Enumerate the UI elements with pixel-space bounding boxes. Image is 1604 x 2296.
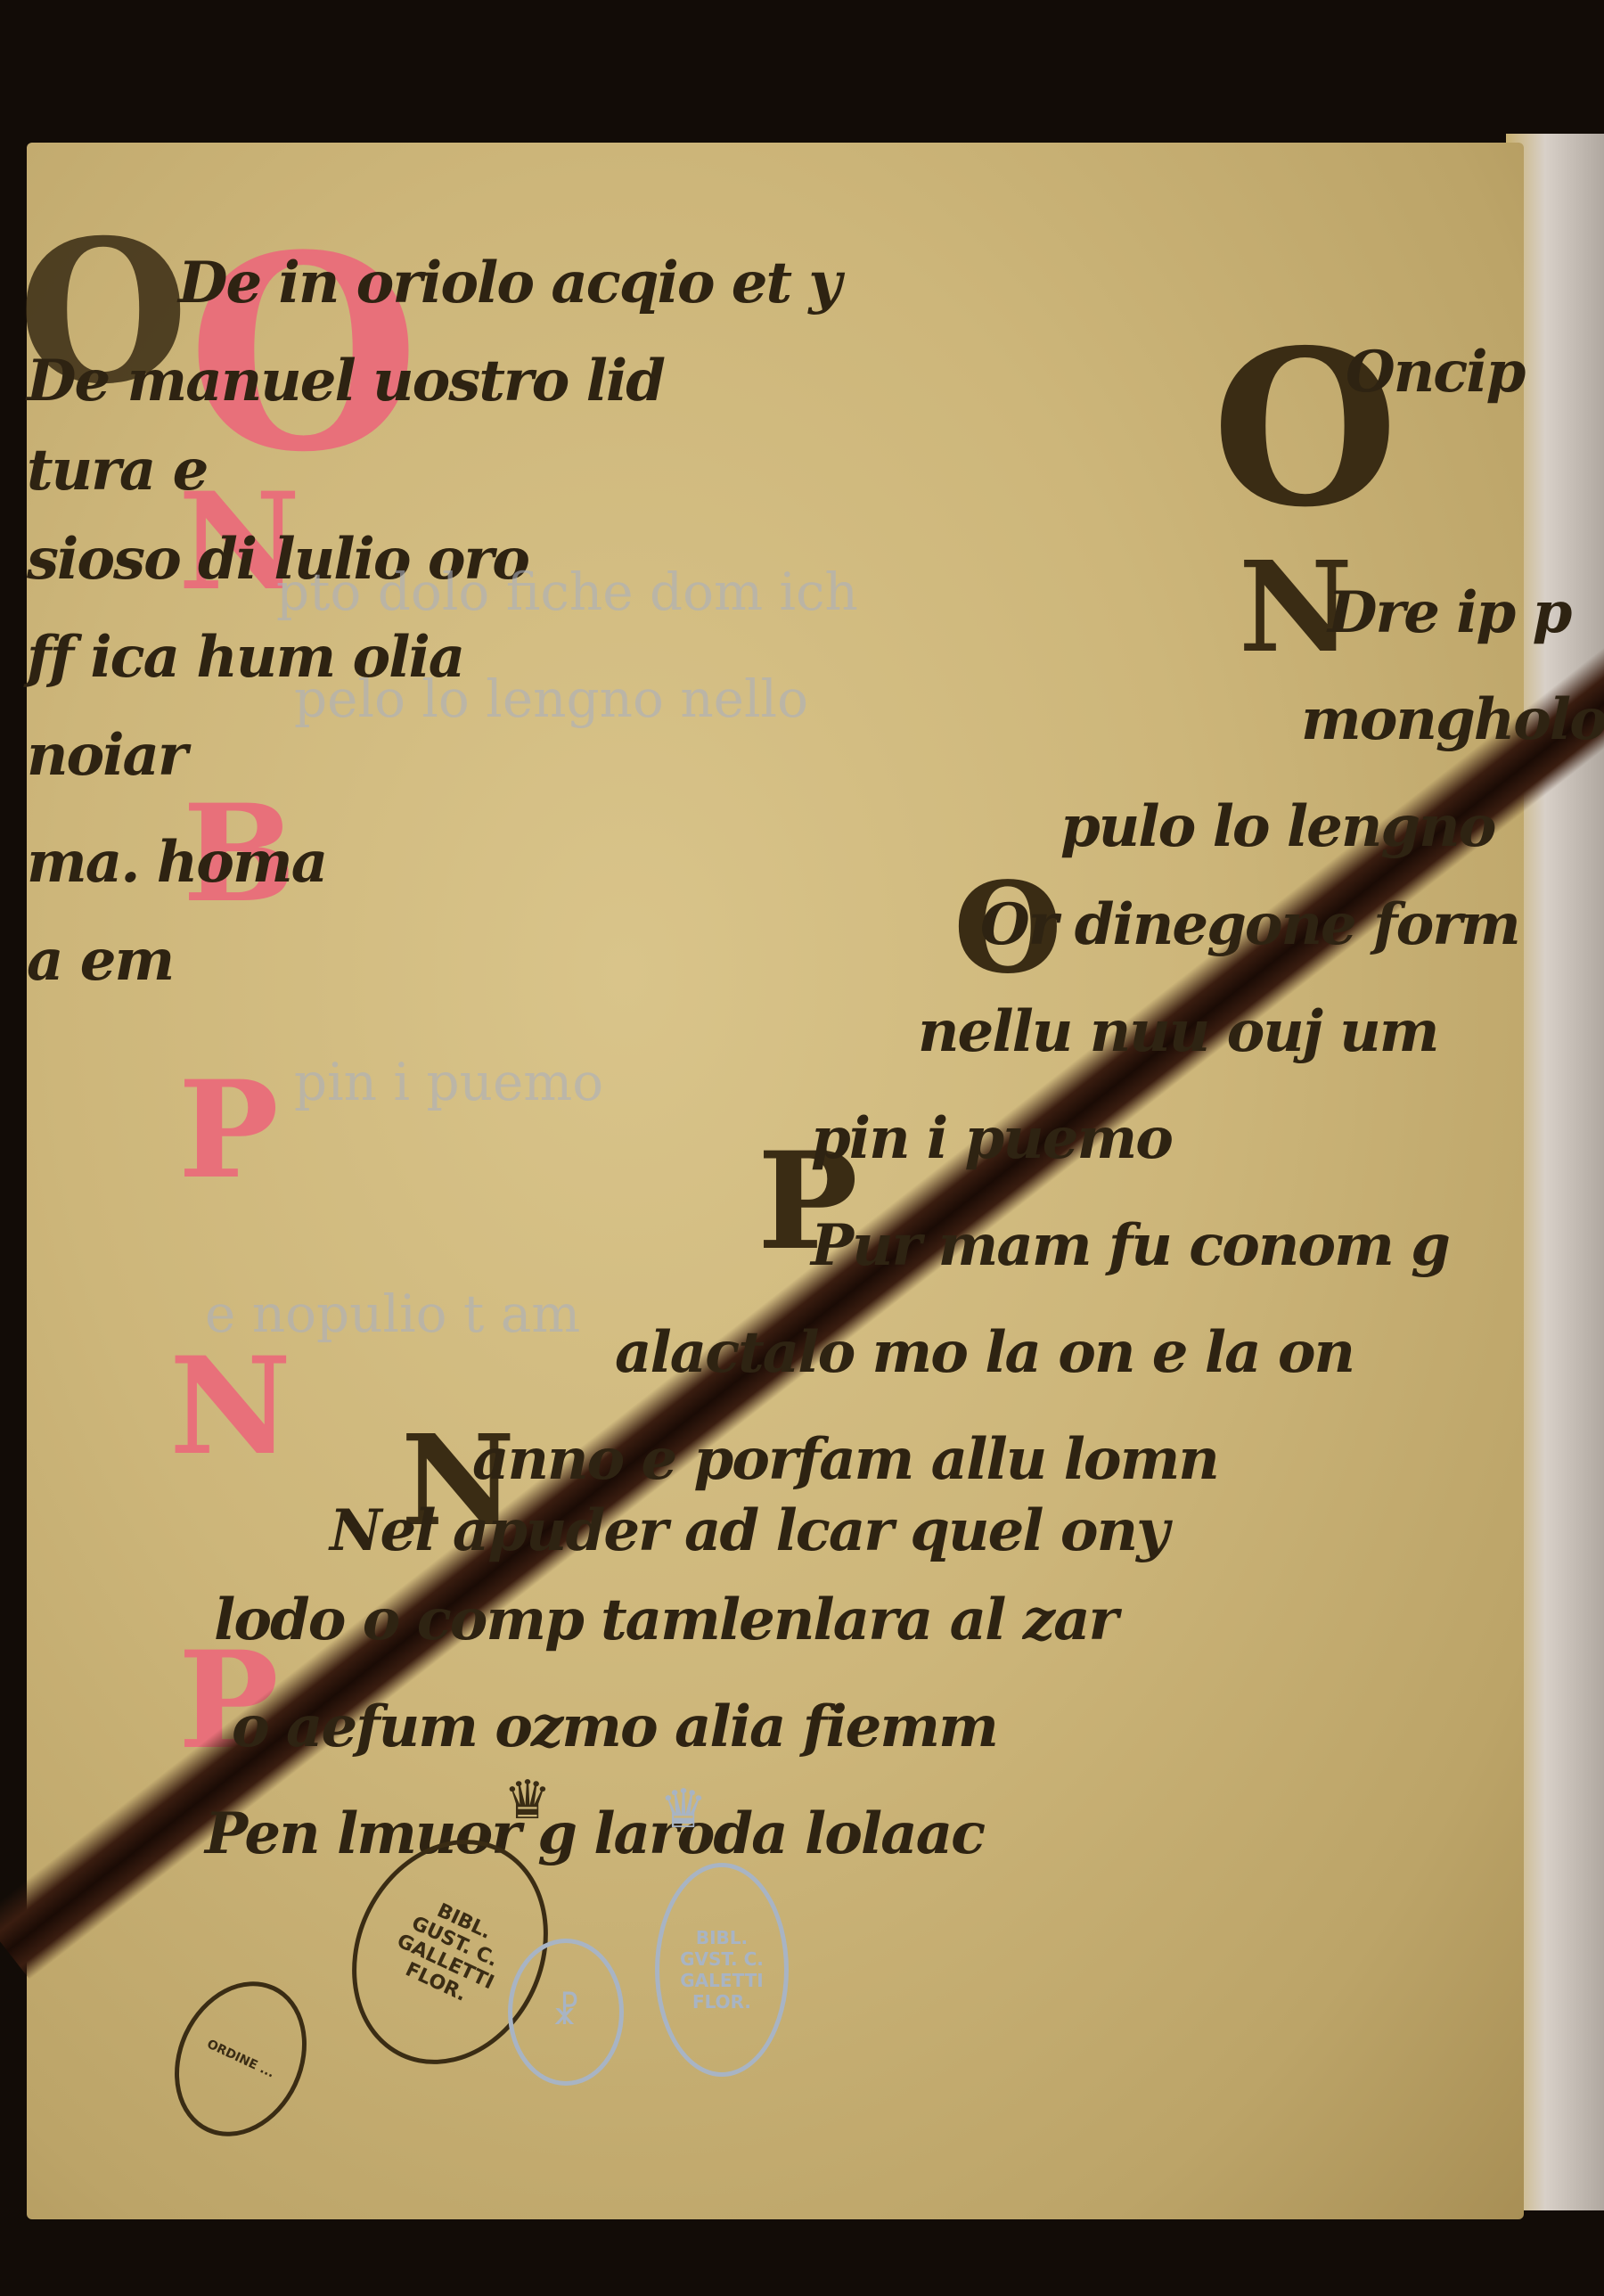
show-through-text: e nopulio t am (205, 1283, 580, 1344)
text-line: Nel apuder ad lcar quel ony (330, 1497, 1167, 1564)
show-through-text: pelo lo lengno nello (294, 668, 808, 729)
crown-icon: ♛ (503, 1774, 552, 1827)
show-through-text: pin i puemo (294, 1052, 603, 1112)
stamp-line: FLOR. (692, 1991, 751, 2013)
monogram-icon: ☧ (552, 1992, 579, 2033)
crowned-oval-stamp-blue: BIBL. GVST. C. GALETTI FLOR. (655, 1863, 789, 2077)
text-line: noiar (27, 722, 186, 789)
text-line: pulo lo lengno (1060, 793, 1494, 860)
text-line: anno e porfam allu lomn (472, 1426, 1218, 1493)
text-line: mongholo (1301, 686, 1604, 753)
circular-monogram-stamp: ☧ (508, 1939, 624, 2086)
stamp-line: GVST. C. (680, 1948, 764, 1970)
text-line: ma. homa (27, 829, 326, 896)
crown-icon-blue: ♛ (659, 1783, 708, 1836)
text-line: Dre ip p (1328, 579, 1570, 646)
show-through-text: pto dolo fiche dom ich (276, 562, 858, 622)
text-line: lodo o comp tamlenlara al zar (214, 1587, 1117, 1653)
text-line: alactalo mo la on e la on (615, 1319, 1354, 1386)
text-line: Or dinegone form (980, 891, 1519, 958)
text-line: a em (27, 927, 173, 994)
text-line: De in oriolo acqio et y (178, 250, 840, 316)
text-line: pin i puemo (811, 1105, 1172, 1172)
text-line: nellu nuu ouj um (918, 998, 1437, 1065)
stamp-text: ORDINE ... (205, 2038, 277, 2081)
text-line: Oncip (1346, 339, 1524, 406)
circular-library-stamp: ORDINE ... (151, 1960, 331, 2158)
parchment-page: O N B P N P O De in oriolo acqio et y De… (27, 143, 1524, 2219)
stamp-line: BIBL. (696, 1927, 748, 1948)
red-initial-n-2: N (169, 1328, 291, 1485)
stamp-line: GALETTI (680, 1970, 764, 1991)
text-line: tura e (27, 437, 207, 504)
text-line: De manuel uostro lid (27, 348, 664, 414)
text-line: o aefum ozmo alia fiemm (232, 1693, 997, 1760)
red-initial-p: P (178, 1052, 279, 1209)
text-line: Pur mam fu conom g (811, 1212, 1449, 1279)
text-line: Pen lmuor g laroda lolaac (205, 1800, 984, 1867)
